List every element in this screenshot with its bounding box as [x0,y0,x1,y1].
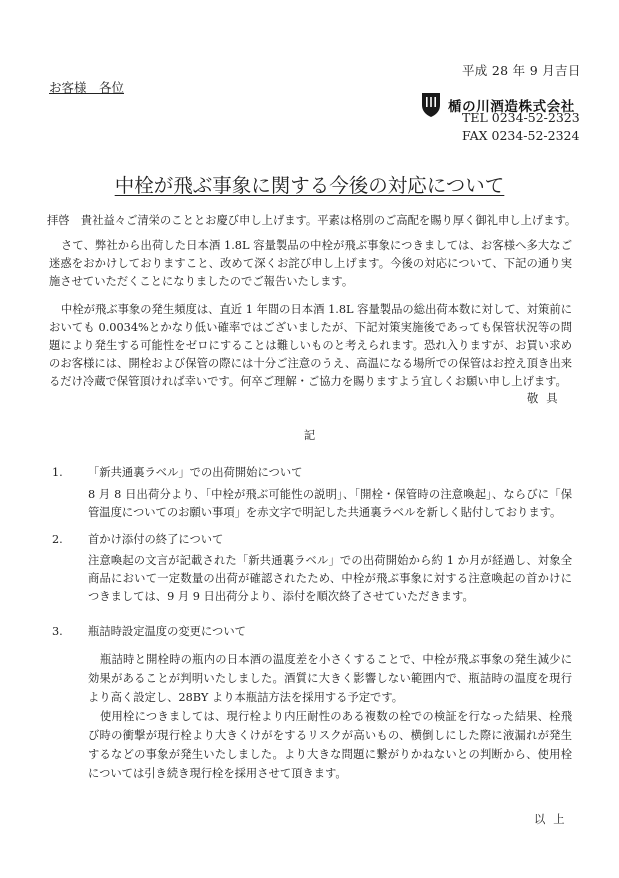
greeting: 拝啓 貴社益々ご清栄のこととお慶び申し上げます。平素は格別のご高配を賜り厚く御礼… [47,212,576,228]
section-number: 1. [52,466,88,479]
document-title: 中栓が飛ぶ事象に関する今後の対応について [0,170,619,198]
section-heading-2: 2.首かけ添付の終了について [52,531,223,547]
section-number: 3. [52,625,88,638]
section-body-3a: 瓶詰時と開栓時の瓶内の日本酒の温度差を小さくすることで、中栓が飛ぶ事象の発生減少… [88,650,572,707]
section-body-1: 8 月 8 日出荷分より、「中栓が飛ぶ可能性の説明」、「開栓・保管時の注意喚起」… [88,486,572,522]
section-heading-1: 1.「新共通裏ラベル」での出荷開始について [52,464,302,480]
section-heading-text: 「新共通裏ラベル」での出荷開始について [88,466,302,479]
section-heading-text: 首かけ添付の終了について [88,533,223,546]
company-tel: TEL 0234-52-2323 [462,110,580,125]
closing-ijou: 以上 [534,811,573,827]
closing-keigu: 敬具 [527,390,566,406]
section-heading-text: 瓶詰時設定温度の変更について [88,625,246,638]
section-body-3b: 使用栓につきましては、現行栓より内圧耐性のある複数の栓での検証を行なった結果、栓… [88,707,572,783]
ki-marker: 記 [0,427,619,443]
paragraph-frequency: 中栓が飛ぶ事象の発生頻度は、直近 1 年間の日本酒 1.8L 容量製品の総出荷本… [49,301,572,391]
paragraph-apology: さて、弊社から出荷した日本酒 1.8L 容量製品の中栓が飛ぶ事象につきましては、… [49,237,572,291]
document-date: 平成 28 年 9 月吉日 [462,61,581,79]
addressee: お客様 各位 [49,78,124,96]
section-heading-3: 3.瓶詰時設定温度の変更について [52,623,246,639]
section-body-2: 注意喚起の文言が記載された「新共通裏ラベル」での出荷開始から約 1 か月が経過し… [88,552,572,606]
shield-logo-icon [422,93,440,117]
section-number: 2. [52,533,88,546]
company-fax: FAX 0234-52-2324 [462,128,579,143]
